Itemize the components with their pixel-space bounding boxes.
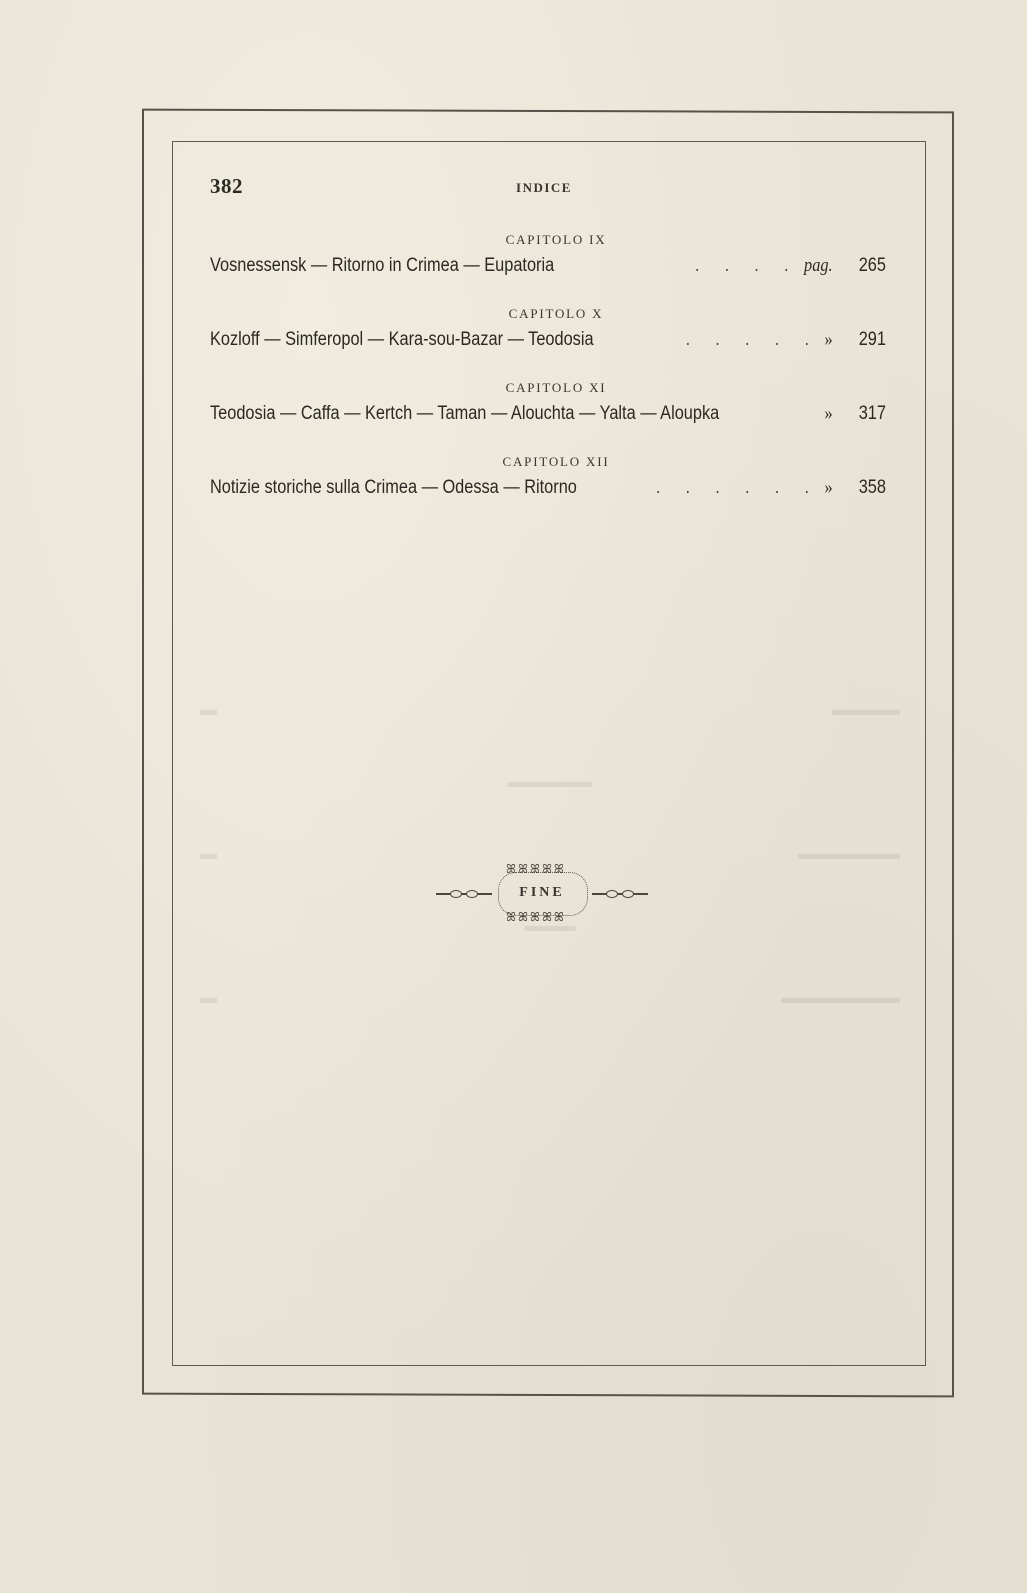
dot-leader: . . . . . . [577, 474, 819, 502]
toc-entry-page: 317 [846, 400, 886, 428]
chapter-heading: CAPITOLO XII [226, 450, 886, 474]
toc-entry-title: Vosnessensk — Ritorno in Crimea — Eupato… [210, 252, 554, 280]
toc-entry: Kozloff — Simferopol — Kara-sou-Bazar — … [210, 326, 886, 376]
ditto-mark: » [819, 326, 846, 354]
chapter-heading: CAPITOLO IX [226, 228, 886, 252]
toc-entry-page: 291 [846, 326, 886, 354]
toc-entry-title: Kozloff — Simferopol — Kara-sou-Bazar — … [210, 326, 594, 354]
toc-section: CAPITOLO XII Notizie storiche sulla Crim… [210, 450, 886, 524]
ornament-knot-icon [450, 890, 462, 898]
chapter-heading: CAPITOLO XI [226, 376, 886, 400]
ditto-mark: » [819, 474, 846, 502]
dot-leader: . . . . [554, 252, 799, 280]
fine-label: FINE [498, 885, 586, 901]
dot-leader: . . . . . [594, 326, 820, 354]
ornament-knot-icon [606, 890, 618, 898]
fine-ornament: ꕤꕤꕤꕤꕤ ꕤꕤꕤꕤꕤ FINE [436, 862, 648, 926]
ornament-knot-icon [466, 890, 478, 898]
ornament-rule-right [592, 893, 648, 895]
chapter-heading: CAPITOLO X [226, 302, 886, 326]
toc-section: CAPITOLO IX Vosnessensk — Ritorno in Cri… [210, 228, 886, 302]
flourish-top-icon: ꕤꕤꕤꕤꕤ [506, 862, 566, 877]
toc-section: CAPITOLO X Kozloff — Simferopol — Kara-s… [210, 302, 886, 376]
ornament-knot-icon [622, 890, 634, 898]
toc-entry: Notizie storiche sulla Crimea — Odessa —… [210, 474, 886, 524]
flourish-bottom-icon: ꕤꕤꕤꕤꕤ [506, 910, 566, 925]
table-of-contents: CAPITOLO IX Vosnessensk — Ritorno in Cri… [210, 228, 886, 524]
running-head: INDICE [0, 180, 1027, 196]
toc-entry-title: Notizie storiche sulla Crimea — Odessa —… [210, 474, 577, 502]
toc-entry-title: Teodosia — Caffa — Kertch — Taman — Alou… [210, 400, 719, 428]
toc-entry: Vosnessensk — Ritorno in Crimea — Eupato… [210, 252, 886, 302]
toc-section: CAPITOLO XI Teodosia — Caffa — Kertch — … [210, 376, 886, 450]
ornament-rule-left [436, 893, 492, 895]
page-prefix: pag. [799, 252, 847, 280]
toc-entry: Teodosia — Caffa — Kertch — Taman — Alou… [210, 400, 886, 450]
toc-entry-page: 358 [846, 474, 886, 502]
ditto-mark: » [819, 400, 846, 428]
toc-entry-page: 265 [846, 252, 886, 280]
